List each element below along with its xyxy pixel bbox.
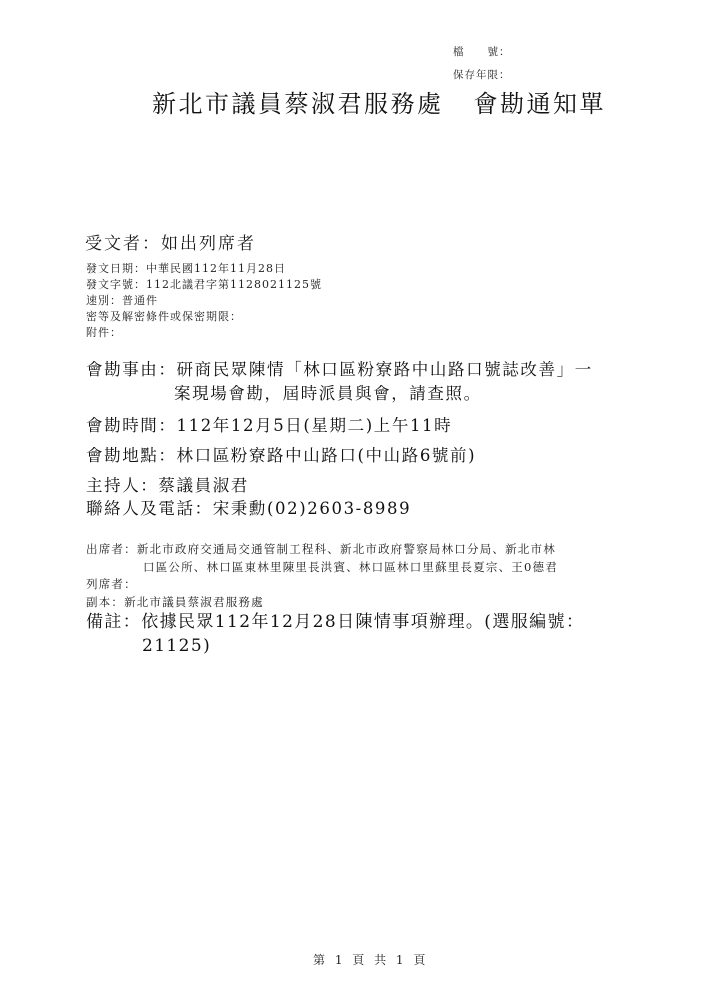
page-number: 第 1 頁 共 1 頁 xyxy=(313,951,428,968)
attendees-list-cont: 口區公所、林口區東林里陳里長洪賓、林口區林口里蘇里長夏宗、王0德君 xyxy=(86,559,558,577)
page-title: 新北市議員蔡淑君服務處會勘通知單 xyxy=(152,84,606,119)
inspection-location: 會勘地點：林口區粉寮路中山路口(中山路6號前) xyxy=(86,442,476,466)
inspection-reason-text: 研商民眾陳情「林口區粉寮路中山路口號誌改善」一 xyxy=(177,360,593,379)
secrecy-level: 密等及解密條件或保密期限： xyxy=(86,309,322,325)
remark-text: 備註：依據民眾112年12月28日陳情事項辦理。(選服編號： xyxy=(86,610,584,634)
delivery-speed: 速別：普通件 xyxy=(86,293,322,309)
title-document-type: 會勘通知單 xyxy=(474,90,607,118)
attendees-label: 出席者： xyxy=(86,542,137,556)
attendees-list: 新北市政府交通局交通管制工程科、新北市政府警察局林口分局、新北市林 xyxy=(137,542,556,556)
recipient-value: 如出列席者 xyxy=(161,234,256,254)
document-info: 發文日期：中華民國112年11月28日 發文字號：112北議君字第1128021… xyxy=(86,261,322,341)
carbon-copy: 副本：新北市議員蔡淑君服務處 xyxy=(86,594,558,612)
issue-date: 發文日期：中華民國112年11月28日 xyxy=(86,261,322,277)
remark: 備註：依據民眾112年12月28日陳情事項辦理。(選服編號： 21125) xyxy=(86,610,584,658)
inspection-reason-label: 會勘事由： xyxy=(86,360,177,379)
document-number: 發文字號：112北議君字第1128021125號 xyxy=(86,277,322,293)
attendees: 出席者：新北市政府交通局交通管制工程科、新北市政府警察局林口分局、新北市林 口區… xyxy=(86,541,558,611)
inspection-time: 會勘時間：112年12月5日(星期二)上午11時 xyxy=(86,412,452,436)
inspection-reason: 會勘事由：研商民眾陳情「林口區粉寮路中山路口號誌改善」一 案現場會勘，屆時派員與… xyxy=(86,358,593,406)
recipient-label: 受文者： xyxy=(85,234,161,254)
remark-text-cont: 21125) xyxy=(86,634,584,658)
retention-period-label: 保存年限： xyxy=(453,67,511,82)
inspection-reason-text-cont: 案現場會勘，屆時派員與會，請查照。 xyxy=(86,382,593,406)
recipient: 受文者：如出列席者 xyxy=(85,229,256,254)
contact-person: 聯絡人及電話：宋秉勳(02)2603-8989 xyxy=(86,495,411,519)
attachment: 附件： xyxy=(86,325,322,341)
title-organization: 新北市議員蔡淑君服務處 xyxy=(152,90,444,118)
host: 主持人：蔡議員淑君 xyxy=(86,472,249,496)
observers: 列席者： xyxy=(86,576,558,594)
file-number-label: 檔 號： xyxy=(453,44,511,59)
